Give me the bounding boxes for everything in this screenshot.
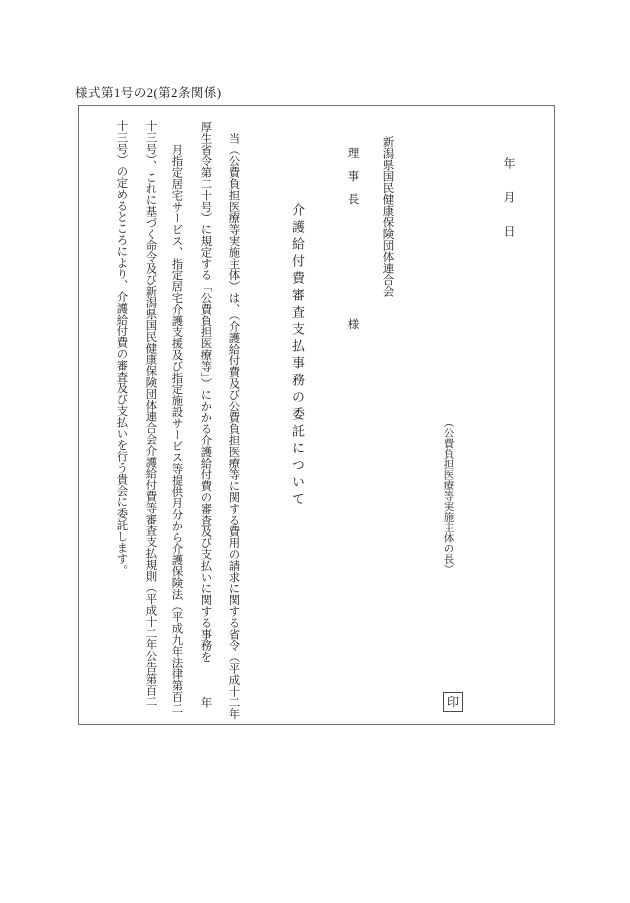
document-page: 様式第1号の2(第2条関係) 年 月 日 新潟県国民健康保険団体連合会 理 事 … — [0, 0, 630, 903]
sender-role-note: （公費負担医療等実施主体の長） — [442, 417, 453, 575]
body-column-1: 当（公費負担医療等実施主体）は、（介護給付費及び公費負担医療等に関する費用の請求… — [227, 121, 238, 720]
seal-mark: 印 — [443, 692, 463, 712]
body-column-2: 厚生省令第二十号）に規定する「公費負担医療等」）にかかる介護給付費の審査及び支払… — [199, 121, 210, 708]
recipient-organization: 新潟県国民健康保険団体連合会 — [381, 136, 393, 297]
form-number-label: 様式第1号の2(第2条関係) — [75, 83, 222, 101]
body-column-3: 月指定居宅サービス、指定居宅介護支援及び指定施設サービス等提供月分から介護保険法… — [170, 121, 181, 714]
recipient-honorific: 様 — [346, 318, 358, 330]
date-line: 年 月 日 — [503, 157, 515, 242]
recipient-title: 理 事 長 — [346, 147, 358, 205]
body-column-4: 十三号）、これに基づく命令及び新潟県国民健康保険団体連合会介護給付費等審査支払規… — [144, 120, 155, 707]
seal-label: 印 — [447, 696, 459, 708]
body-column-5: 十三号）の定めるところにより、介護給付費の審査及び支払いを行う貴会に委託します。 — [115, 120, 126, 576]
document-title: 介護給付費審査支払事務の委託について — [291, 203, 304, 509]
